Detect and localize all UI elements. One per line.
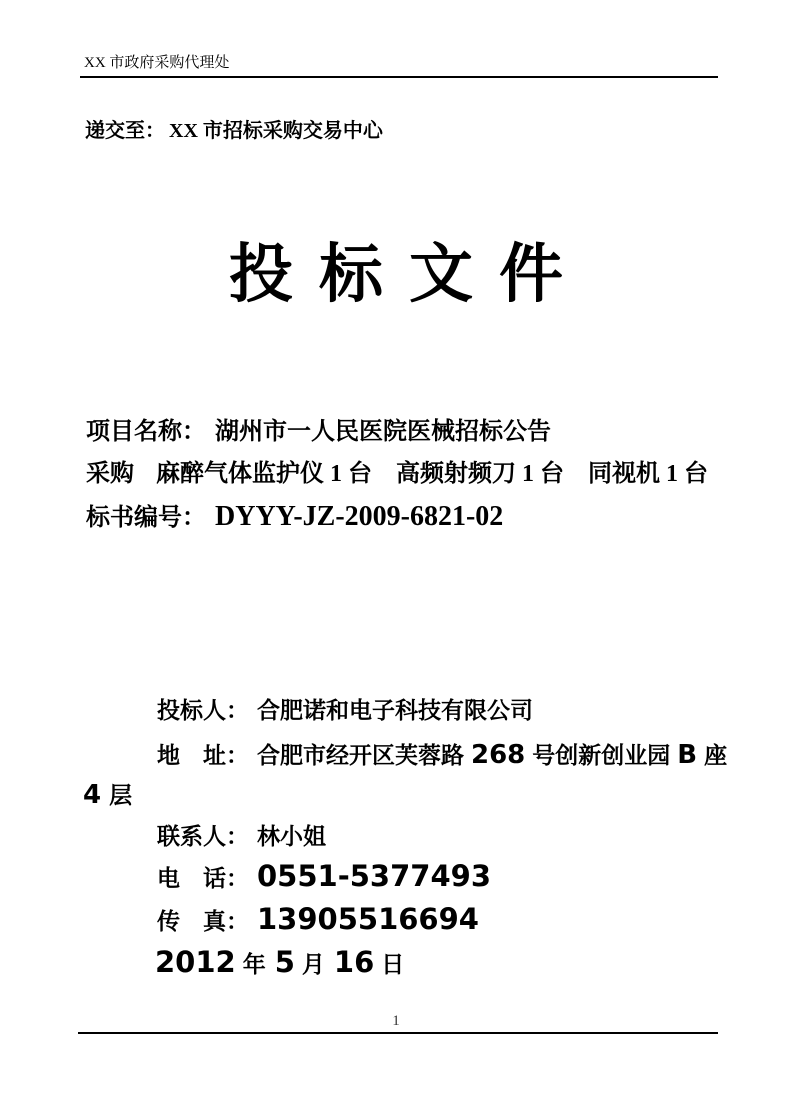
address-label: 地 址： [157, 743, 249, 768]
address-floor-unit: 层 [109, 783, 132, 808]
bidder-name-line: 投标人：合肥诺和电子科技有限公司 [157, 699, 533, 722]
bid-number-value: DYYY-JZ-2009-6821-02 [215, 501, 503, 532]
submit-to-value: XX 市招标采购交易中心 [169, 120, 383, 142]
address-building: B [677, 740, 697, 770]
bidder-name-label: 投标人： [157, 698, 249, 723]
date-year-unit: 年 [243, 952, 266, 977]
phone-value: 0551-5377493 [257, 859, 491, 893]
agency-header-text: XX 市政府采购代理处 [84, 55, 229, 71]
phone-label: 电 话： [157, 866, 249, 891]
address-street: 合肥市经开区芙蓉路 [257, 743, 464, 768]
address-tail: 座 [704, 743, 727, 768]
date-line: 2012年5月16日 [155, 948, 413, 977]
address-line: 地 址：合肥市经开区芙蓉路268号创新创业园B座 [157, 742, 727, 768]
footer-rule [78, 1032, 718, 1034]
bidder-name-value: 合肥诺和电子科技有限公司 [257, 698, 533, 723]
date-year: 2012 [155, 945, 236, 979]
header-rule [80, 76, 718, 78]
date-day: 16 [334, 945, 374, 979]
address-mid: 号创新创业园 [532, 743, 670, 768]
submit-to-label: 递交至： [85, 120, 165, 142]
bid-number-label: 标书编号： [86, 505, 206, 531]
date-day-unit: 日 [381, 952, 404, 977]
address-floor-number: 4 [83, 780, 101, 810]
page-number: 1 [0, 1014, 792, 1029]
date-month-unit: 月 [302, 952, 325, 977]
contact-line: 联系人：林小姐 [157, 825, 326, 848]
document-title: 投标文件 [0, 243, 792, 307]
fax-label: 传 真： [157, 909, 249, 934]
submit-to-line: 递交至：XX 市招标采购交易中心 [85, 121, 383, 141]
agency-header: XX 市政府采购代理处 [84, 56, 229, 71]
bid-number-line: 标书编号：DYYY-JZ-2009-6821-02 [86, 503, 503, 531]
fax-value: 13905516694 [257, 902, 479, 936]
date-month: 5 [275, 945, 295, 979]
address-street-number: 268 [471, 740, 525, 770]
procurement-line: 采购麻醉气体监护仪 1 台 高频射频刀 1 台 同视机 1 台 [86, 462, 708, 486]
procurement-label: 采购 [86, 461, 134, 487]
project-name-value: 湖州市一人民医院医械招标公告 [215, 419, 551, 445]
bid-document-page: XX 市政府采购代理处 递交至：XX 市招标采购交易中心 投标文件 项目名称：湖… [0, 0, 792, 1120]
project-name-label: 项目名称： [86, 419, 206, 445]
procurement-value: 麻醉气体监护仪 1 台 高频射频刀 1 台 同视机 1 台 [156, 461, 708, 487]
phone-line: 电 话：0551-5377493 [157, 862, 491, 891]
contact-value: 林小姐 [257, 824, 326, 849]
fax-line: 传 真：13905516694 [157, 905, 479, 934]
contact-label: 联系人： [157, 824, 249, 849]
project-name-line: 项目名称：湖州市一人民医院医械招标公告 [86, 420, 551, 444]
address-wrap-line: 4层 [83, 782, 132, 808]
